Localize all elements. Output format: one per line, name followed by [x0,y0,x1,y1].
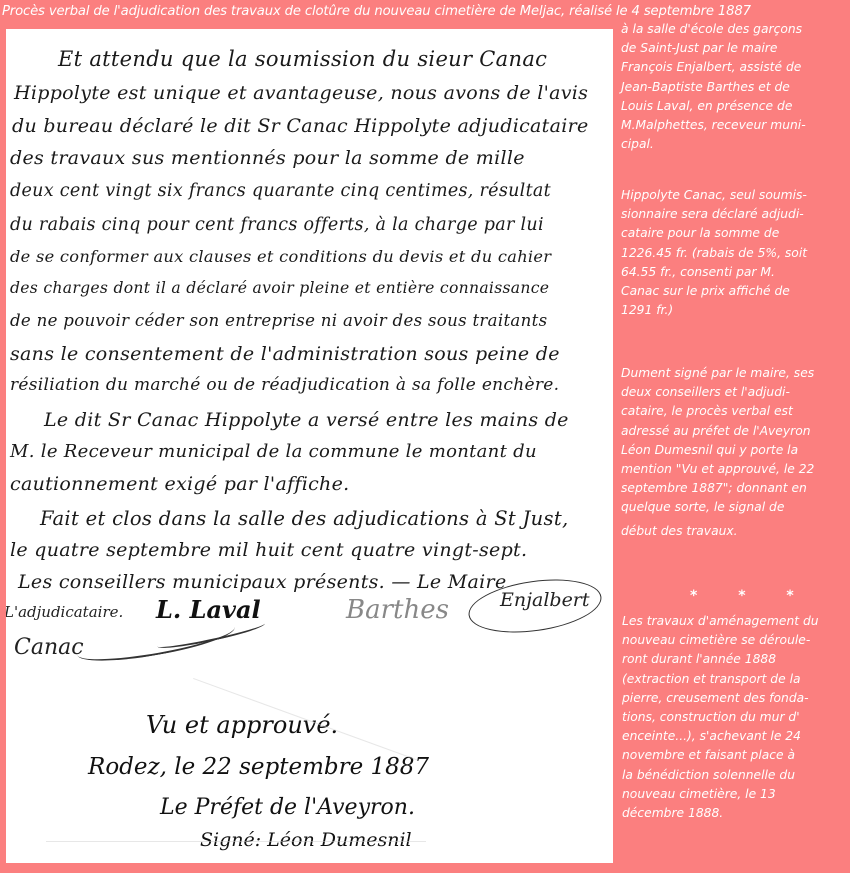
sidebar-line: décembre 1888. [622,804,848,823]
section-separator: * * * [690,588,812,604]
sidebar-paragraph-4: Les travaux d'aménagement du nouveau cim… [622,612,848,823]
sidebar-line: Léon Dumesnil qui y porte la [621,441,847,460]
sidebar-line: nouveau cimetière se déroule- [622,631,848,650]
manuscript-scan: Et attendu que la soumission du sieur Ca… [6,29,613,863]
manuscript-line: Hippolyte est unique et avantageuse, nou… [14,82,588,104]
sidebar-paragraph-3: Dument signé par le maire, ses deux cons… [621,364,847,541]
scan-artifact [46,841,426,842]
approval-line: Vu et approuvé. [146,711,338,739]
sidebar-line: cataire pour la somme de [621,224,847,243]
manuscript-line: cautionnement exigé par l'affiche. [10,473,349,495]
manuscript-line: Les conseillers municipaux présents. — L… [18,571,507,593]
sidebar-line: deux conseillers et l'adjudi- [621,383,847,402]
sidebar-line: début des travaux. [621,522,847,541]
manuscript-line: du bureau déclaré le dit Sr Canac Hippol… [12,115,589,137]
manuscript-line: du rabais cinq pour cent francs offerts,… [10,215,544,235]
adjudicataire-label: L'adjudicataire. [6,603,123,621]
manuscript-line: de se conformer aux clauses et condition… [10,247,551,266]
manuscript-line: de ne pouvoir céder son entreprise ni av… [10,311,547,330]
approval-line: Le Préfet de l'Aveyron. [160,795,415,820]
sidebar-line: 1291 fr.) [621,301,847,320]
sidebar-line: cataire, le procès verbal est [621,402,847,421]
sidebar-line: Hippolyte Canac, seul soumis- [621,186,847,205]
manuscript-line: M. le Receveur municipal de la commune l… [10,441,537,462]
sidebar-line: novembre et faisant place à [622,746,848,765]
sidebar-line: quelque sorte, le signal de [621,498,847,517]
manuscript-line: résiliation du marché ou de réadjudicati… [10,375,559,395]
sidebar-line: Les travaux d'aménagement du [622,612,848,631]
sidebar-line: mention "Vu et approuvé, le 22 [621,460,847,479]
sidebar-line: Louis Laval, en présence de [621,97,847,116]
sidebar-line: enceinte...), s'achevant le 24 [622,727,848,746]
manuscript-line: sans le consentement de l'administration… [10,343,560,365]
sidebar-paragraph-1: à la salle d'école des garçons de Saint-… [621,20,847,154]
approval-signature: Signé: Léon Dumesnil [200,829,412,851]
sidebar-line: la bénédiction solennelle du [622,766,848,785]
sidebar-line: sionnaire sera déclaré adjudi- [621,205,847,224]
sidebar-line: tions, construction du mur d' [622,708,848,727]
sidebar-line: nouveau cimetière, le 13 [622,785,848,804]
manuscript-line: Le dit Sr Canac Hippolyte a versé entre … [44,409,569,431]
manuscript-line: des charges dont il a déclaré avoir plei… [10,279,549,297]
sidebar-paragraph-2: Hippolyte Canac, seul soumis- sionnaire … [621,186,847,320]
manuscript-line: deux cent vingt six francs quarante cinq… [10,181,551,201]
signature-canac: Canac [14,635,84,660]
sidebar-line: 1226.45 fr. (rabais de 5%, soit [621,244,847,263]
sidebar-line: septembre 1887"; donnant en [621,479,847,498]
sidebar-line: cipal. [621,135,847,154]
sidebar-line: 64.55 fr., consenti par M. [621,263,847,282]
sidebar-line: François Enjalbert, assisté de [621,58,847,77]
sidebar-line: (extraction et transport de la [622,670,848,689]
page-title: Procès verbal de l'adjudication des trav… [2,3,848,21]
approval-line: Rodez, le 22 septembre 1887 [88,754,429,780]
manuscript-line: le quatre septembre mil huit cent quatre… [10,539,527,561]
sidebar-line: adressé au préfet de l'Aveyron [621,422,847,441]
sidebar-line: M.Malphettes, receveur muni- [621,116,847,135]
sidebar-line: Jean-Baptiste Barthes et de [621,78,847,97]
sidebar-line: ront durant l'année 1888 [622,650,848,669]
sidebar-line: pierre, creusement des fonda- [622,689,848,708]
manuscript-line: Fait et clos dans la salle des adjudicat… [40,507,568,530]
sidebar-line: à la salle d'école des garçons [621,20,847,39]
manuscript-line: Et attendu que la soumission du sieur Ca… [58,47,547,71]
sidebar-line: Dument signé par le maire, ses [621,364,847,383]
signature-enjalbert: Enjalbert [500,589,590,611]
sidebar-line: Canac sur le prix affiché de [621,282,847,301]
signature-barthes: Barthes [346,595,449,625]
sidebar-line: de Saint-Just par le maire [621,39,847,58]
manuscript-line: des travaux sus mentionnés pour la somme… [10,147,525,169]
